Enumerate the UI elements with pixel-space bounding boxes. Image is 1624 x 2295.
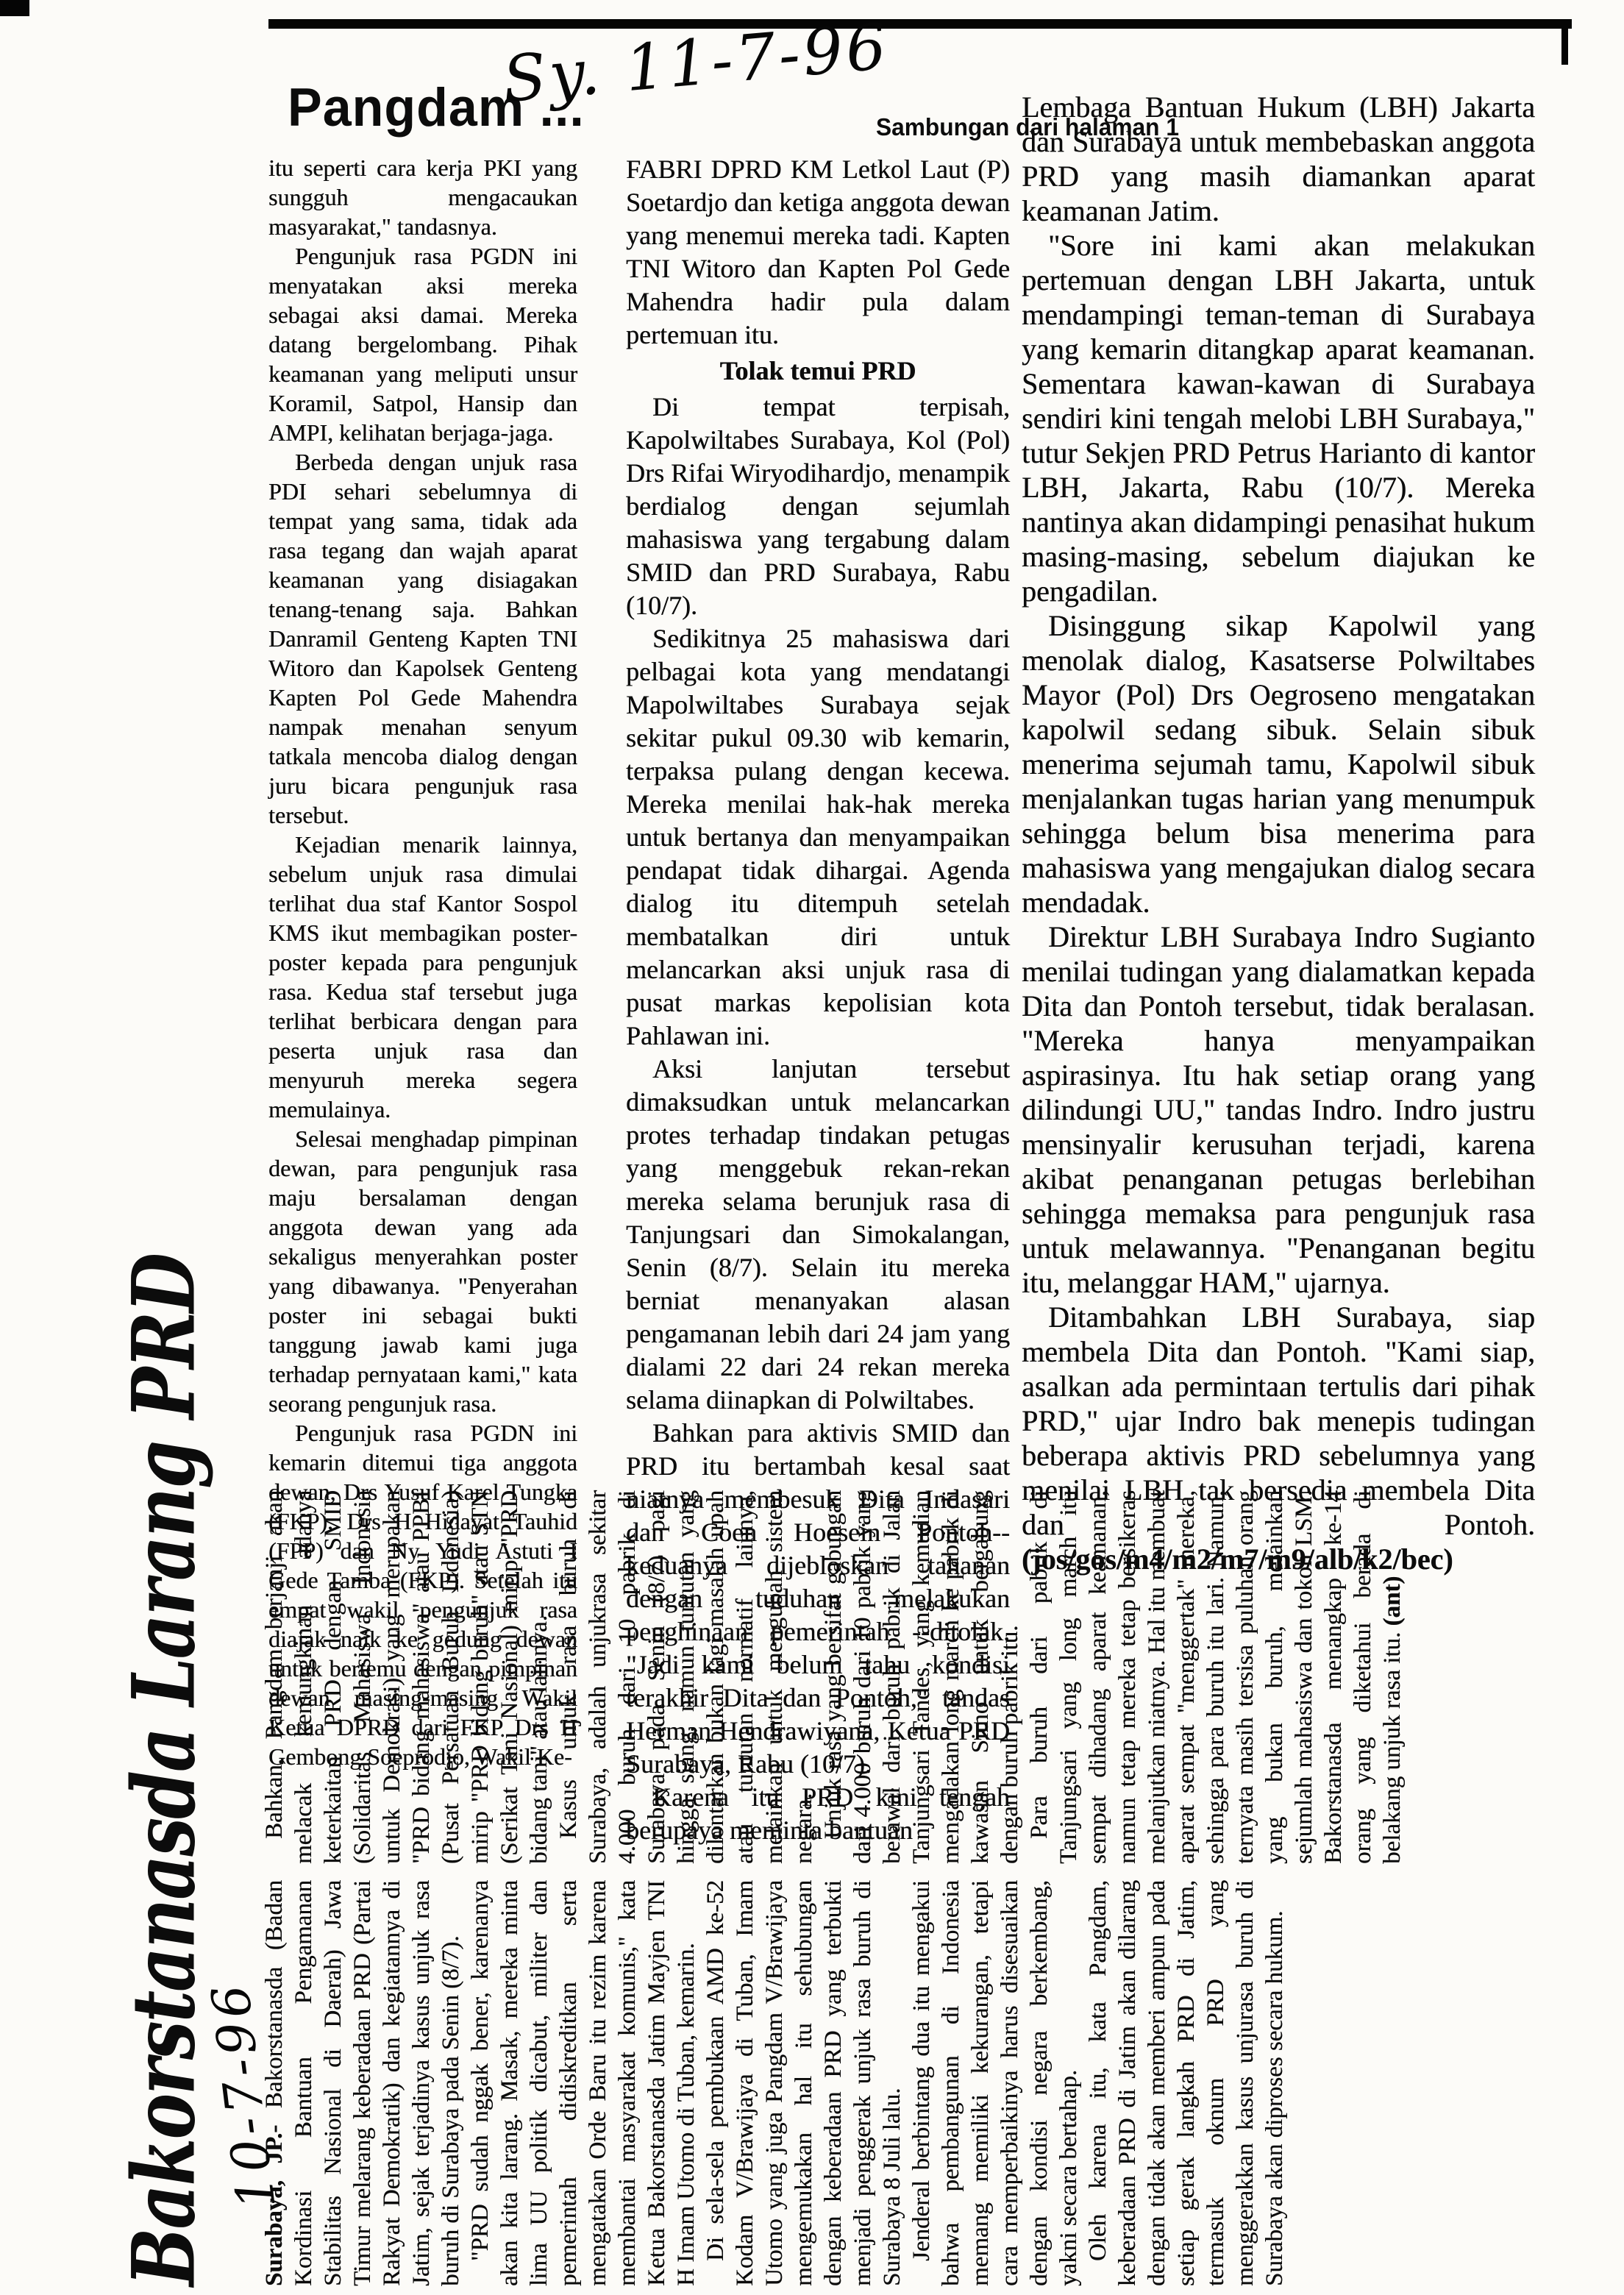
column-gutter (260, 1864, 1407, 1880)
paragraph: "Sore ini kami akan melakukan pertemuan … (1022, 228, 1535, 608)
paragraph: Kejadian menarik lainnya, sebelum unjuk … (268, 830, 577, 1124)
paragraph: Pengunjuk rasa PGDN ini menyatakan aksi … (268, 241, 577, 447)
paragraph: Sedikitnya 25 mahasiswa dari pelbagai ko… (626, 622, 1010, 1053)
column-3: Lembaga Bantuan Hukum (LBH) Jakarta dan … (1022, 90, 1535, 1576)
paragraph: Unjuk rasa yang bersifat gabungan dari 4… (819, 1490, 1025, 1864)
article-bakorstanasda-rotated: Bakorstanasda Larang PRD 10-7-96 Surabay… (119, 1487, 1553, 2286)
paragraph: "PRD sudah nggak bener, karenanya akan k… (466, 1880, 701, 2286)
paragraph: Disinggung sikap Kapolwil yang menolak d… (1022, 608, 1535, 919)
headline-bakorstanasda: Bakorstanasda Larang PRD (119, 1487, 210, 2286)
paragraph: Tolak temui PRD (626, 355, 1010, 388)
paragraph: Surabaya, JP.- Bakorstanasda (Badan Kord… (260, 1880, 466, 2286)
scan-corner-mark (0, 0, 29, 16)
paragraph: Berbeda dengan unjuk rasa PDI sehari seb… (268, 447, 577, 830)
paragraph: Kasus unjuk rasa buruh di Surabaya, adal… (554, 1490, 819, 1864)
top-rule (268, 19, 1572, 29)
paragraph: Aksi lanjutan tersebut dimaksudkan untuk… (626, 1053, 1010, 1417)
paragraph: Para buruh dari pabrik di Tanjungsari ya… (1025, 1490, 1407, 1864)
paragraph: Di tempat terpisah, Kapolwiltabes Suraba… (626, 391, 1010, 622)
article-bakorstanasda-columns: Surabaya, JP.- Bakorstanasda (Badan Kord… (260, 1487, 1407, 2286)
newspaper-scan-page: Pangdam ... Sy. 11-7-96 Sambungan dari h… (0, 0, 1624, 2295)
rotated-column-right: Bahkan, Pangdam berjanji akan melacak ke… (260, 1490, 1407, 1864)
paragraph: Selesai menghadap pimpinan dewan, para p… (268, 1124, 577, 1418)
article-pangdam-header: Pangdam ... Sy. 11-7-96 Sambungan dari h… (268, 43, 1572, 153)
paragraph: itu seperti cara kerja PKI yang sungguh … (268, 153, 577, 241)
paragraph: FABRI DPRD KM Letkol Laut (P) Soetardjo … (626, 153, 1010, 352)
paragraph: Bahkan, Pangdam berjanji akan melacak ke… (260, 1490, 554, 1864)
paragraph: Jenderal berbintang dua itu mengakui bah… (907, 1880, 1083, 2286)
paragraph: Direktur LBH Surabaya Indro Sugianto men… (1022, 919, 1535, 1300)
paragraph: Di sela-sela pembukaan AMD ke-52 Kodam V… (701, 1880, 907, 2286)
continuation-note: Sambungan dari halaman 1 (876, 113, 1179, 141)
rotated-column-left: Surabaya, JP.- Bakorstanasda (Badan Kord… (260, 1880, 1407, 2286)
signoff: (ant) (1379, 1576, 1406, 1626)
paragraph: Oleh karena itu, kata Pangdam, keberadaa… (1083, 1880, 1289, 2286)
